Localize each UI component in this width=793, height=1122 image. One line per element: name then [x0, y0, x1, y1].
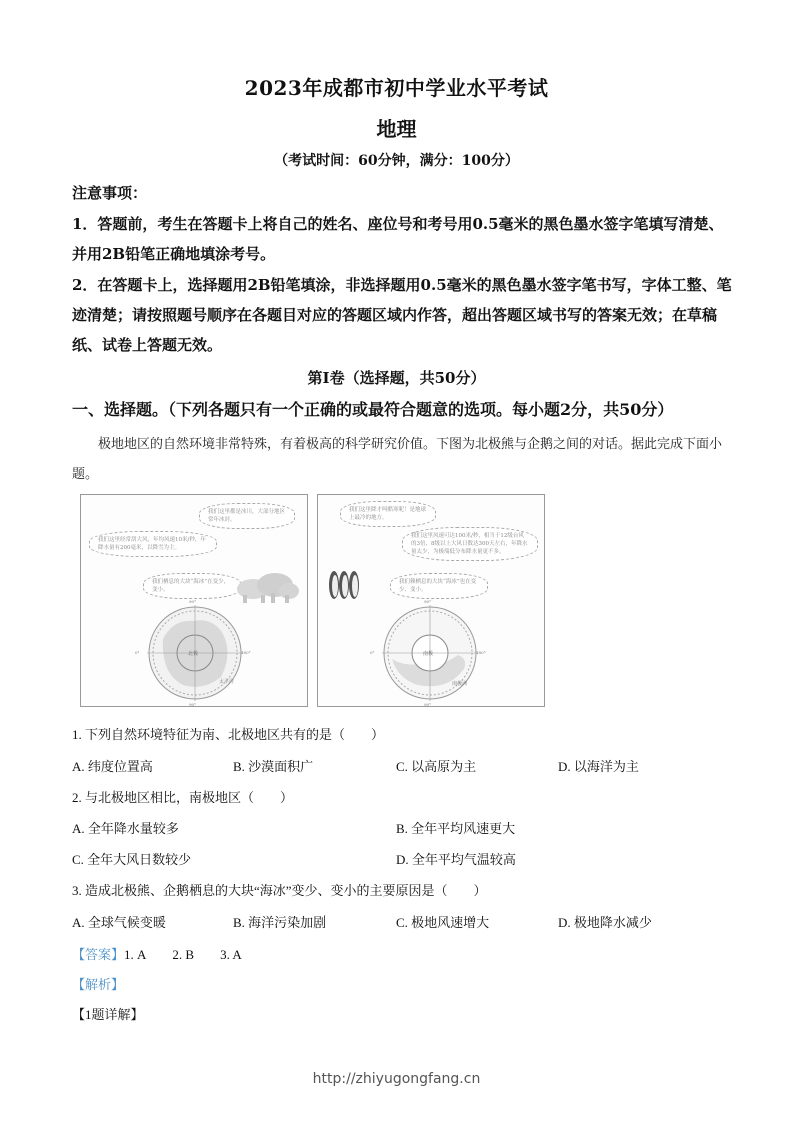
notice-item-2: 2．在答题卡上，选择题用2B铅笔填涂，非选择题用0.5毫米的黑色墨水签字笔书写，…: [72, 270, 732, 360]
question-1-stem: 1. 下列自然环境特征为南、北极地区共有的是（ ）: [72, 724, 384, 743]
svg-text:南极洲: 南极洲: [452, 680, 467, 687]
speech-bubble: 我们这里降才叫酷寒呢！是地球上最冷的地方。: [340, 501, 436, 527]
polar-dialogue-figure: 我们这里都是冰川，大部分地区常年冰封。 我们这里经常刮大风，年均风速10米/秒，…: [80, 494, 544, 706]
exam-title: 2023年成都市初中学业水平考试: [0, 72, 793, 101]
question-2-option-c: C. 全年大风日数较少: [72, 849, 191, 868]
question-3-option-a: A. 全球气候变暖: [72, 912, 166, 931]
footer-url[interactable]: http://zhiyugongfang.cn: [0, 1071, 793, 1087]
svg-text:太平洋: 太平洋: [219, 678, 234, 685]
svg-text:90°: 90°: [424, 599, 431, 604]
speech-bubble: 我们这里经常刮大风，年均风速10米/秒，年降水量有200毫米，以降雪为主。: [89, 531, 217, 557]
svg-text:180°: 180°: [476, 650, 486, 655]
question-3-option-c: C. 极地风速增大: [396, 912, 489, 931]
svg-text:90°: 90°: [189, 702, 196, 707]
question-2-option-d: D. 全年平均气温较高: [396, 849, 516, 868]
svg-text:90°: 90°: [424, 702, 431, 707]
answer-1: 1. A: [124, 947, 146, 962]
svg-text:0°: 0°: [135, 650, 140, 655]
svg-text:0°: 0°: [370, 650, 375, 655]
speech-bubble: 我们栖息的大块“海冰”在变少，变小。: [143, 573, 241, 599]
svg-text:180°: 180°: [241, 650, 251, 655]
part-title: 第Ⅰ卷（选择题，共50分）: [0, 367, 793, 388]
exam-info: （考试时间：60分钟，满分：100分）: [0, 150, 793, 170]
section-title: 一、选择题。（下列各题只有一个正确的或最符合题意的选项。每小题2分，共50分）: [72, 397, 673, 420]
question-3-option-d: D. 极地降水减少: [558, 912, 652, 931]
question-1-option-d: D. 以海洋为主: [558, 756, 639, 775]
notice-item-1: 1．答题前，考生在答题卡上将自己的姓名、座位号和考号用0.5毫米的黑色墨水签字笔…: [72, 209, 732, 269]
answer-3: 3. A: [220, 947, 242, 962]
detail-label: 【1题详解】: [72, 1004, 144, 1023]
question-3-option-b: B. 海洋污染加剧: [233, 912, 326, 931]
answer-2: 2. B: [172, 947, 194, 962]
antarctic-panel: 我们这里降才叫酷寒呢！是地球上最冷的地方。 我们这里风速可达100米/秒，相当于…: [317, 494, 545, 707]
question-1-option-c: C. 以高原为主: [396, 756, 476, 775]
analysis-label: 【解析】: [72, 974, 124, 993]
question-3-stem: 3. 造成北极熊、企鹅栖息的大块“海冰”变少、变小的主要原因是（ ）: [72, 880, 487, 899]
svg-text:南极: 南极: [423, 650, 433, 657]
speech-bubble: 我们这里风速可达100米/秒，相当于12级台风的3倍，8级以上大风日数达300天…: [402, 527, 538, 561]
svg-text:北极: 北极: [188, 650, 198, 657]
question-2-option-b: B. 全年平均风速更大: [396, 818, 515, 837]
answer-label: 【答案】: [72, 947, 124, 962]
question-2-option-a: A. 全年降水量较多: [72, 818, 179, 837]
arctic-panel: 我们这里都是冰川，大部分地区常年冰封。 我们这里经常刮大风，年均风速10米/秒，…: [80, 494, 308, 707]
arctic-map-icon: 90° 0° 180° 90° 北极 太平洋: [133, 599, 257, 707]
answer-row: 【答案】1. A2. B3. A: [72, 944, 242, 963]
notice-title: 注意事项：: [72, 178, 732, 208]
speech-bubble: 我们这里都是冰川，大部分地区常年冰封。: [199, 503, 295, 529]
speech-bubble: 我们赖栖息的大块“海冰”也在变少、变小。: [390, 573, 488, 599]
intro-paragraph: 极地地区的自然环境非常特殊，有着极高的科学研究价值。下图为北极熊与企鹅之间的对话…: [72, 430, 732, 490]
map-label-top: 90°: [189, 599, 196, 604]
penguin-icon: [326, 565, 362, 603]
question-1-option-b: B. 沙漠面积广: [233, 756, 313, 775]
question-2-stem: 2. 与北极地区相比，南极地区（ ）: [72, 787, 293, 806]
subject-title: 地理: [0, 113, 793, 142]
question-1-option-a: A. 纬度位置高: [72, 756, 153, 775]
antarctic-map-icon: 90° 0° 180° 90° 南极 南极洲: [368, 599, 492, 707]
